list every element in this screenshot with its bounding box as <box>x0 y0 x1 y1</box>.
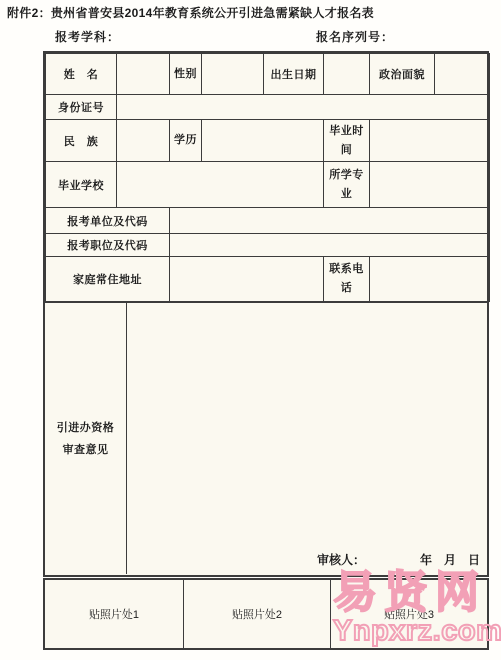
row-apply-unit: 报考单位及代码 <box>46 208 490 234</box>
apply-position-label: 报考职位及代码 <box>46 234 170 257</box>
review-date-label: 年 月 日 <box>420 551 480 568</box>
attachment-title: 附件2：贵州省普安县2014年教育系统公开引进急需紧缺人才报名表 <box>7 4 374 21</box>
form-document-page: 附件2：贵州省普安县2014年教育系统公开引进急需紧缺人才报名表 报考学科： 报… <box>0 0 501 660</box>
birth-date-value-cell <box>324 54 370 95</box>
education-value-cell <box>202 120 324 162</box>
graduate-school-label: 毕业学校 <box>46 162 117 208</box>
graduation-time-value-cell <box>370 120 490 162</box>
ethnic-value-cell <box>117 120 170 162</box>
personal-info-grid: 姓 名 性别 出生日期 政治面貌 身份证号 民 族 学历 毕业时间 <box>45 53 490 302</box>
qualification-review-content-cell: 审核人： 年 月 日 <box>127 303 487 574</box>
contact-phone-label: 联系电话 <box>324 257 370 302</box>
gender-label: 性别 <box>170 54 202 95</box>
reviewer-label: 审核人： <box>317 551 365 568</box>
ethnic-label: 民 族 <box>46 120 117 162</box>
birth-date-label: 出生日期 <box>264 54 324 95</box>
id-number-value-cell <box>117 95 490 120</box>
photo-area-2: 贴照片处2 <box>184 580 331 648</box>
apply-unit-label: 报考单位及代码 <box>46 208 170 234</box>
row-ethnic-education-gradtime: 民 族 学历 毕业时间 <box>46 120 490 162</box>
row-apply-position: 报考职位及代码 <box>46 234 490 257</box>
major-label: 所学专业 <box>324 162 370 208</box>
row-address-phone: 家庭常住地址 联系电话 <box>46 257 490 302</box>
name-value-cell <box>117 54 170 95</box>
apply-unit-value-cell <box>170 208 490 234</box>
home-address-value-cell <box>170 257 324 302</box>
graduate-school-value-cell <box>117 162 324 208</box>
name-label: 姓 名 <box>46 54 117 95</box>
row-school-major: 毕业学校 所学专业 <box>46 162 490 208</box>
registration-form-table: 姓 名 性别 出生日期 政治面貌 身份证号 民 族 学历 毕业时间 <box>43 51 489 577</box>
id-number-label: 身份证号 <box>46 95 117 120</box>
serial-number-field-label: 报名序列号： <box>316 28 394 45</box>
home-address-label: 家庭常住地址 <box>46 257 170 302</box>
major-value-cell <box>370 162 490 208</box>
gender-value-cell <box>202 54 264 95</box>
education-label: 学历 <box>170 120 202 162</box>
contact-phone-value-cell <box>370 257 490 302</box>
qualification-review-label-cell: 引进办资格审查意见 <box>45 303 127 574</box>
apply-position-value-cell <box>170 234 490 257</box>
political-status-label: 政治面貌 <box>370 54 435 95</box>
graduation-time-label: 毕业时间 <box>324 120 370 162</box>
photo-area-3: 贴照片处3 <box>331 580 487 648</box>
row-id-number: 身份证号 <box>46 95 490 120</box>
political-status-value-cell <box>435 54 490 95</box>
row-name-gender-birth-political: 姓 名 性别 出生日期 政治面貌 <box>46 54 490 95</box>
photo-attachment-row: 贴照片处1 贴照片处2 贴照片处3 <box>43 578 489 650</box>
qualification-review-label: 引进办资格审查意见 <box>57 417 115 461</box>
subject-field-label: 报考学科： <box>55 28 120 45</box>
photo-area-1: 贴照片处1 <box>45 580 184 648</box>
qualification-review-row: 引进办资格审查意见 审核人： 年 月 日 <box>45 302 487 574</box>
